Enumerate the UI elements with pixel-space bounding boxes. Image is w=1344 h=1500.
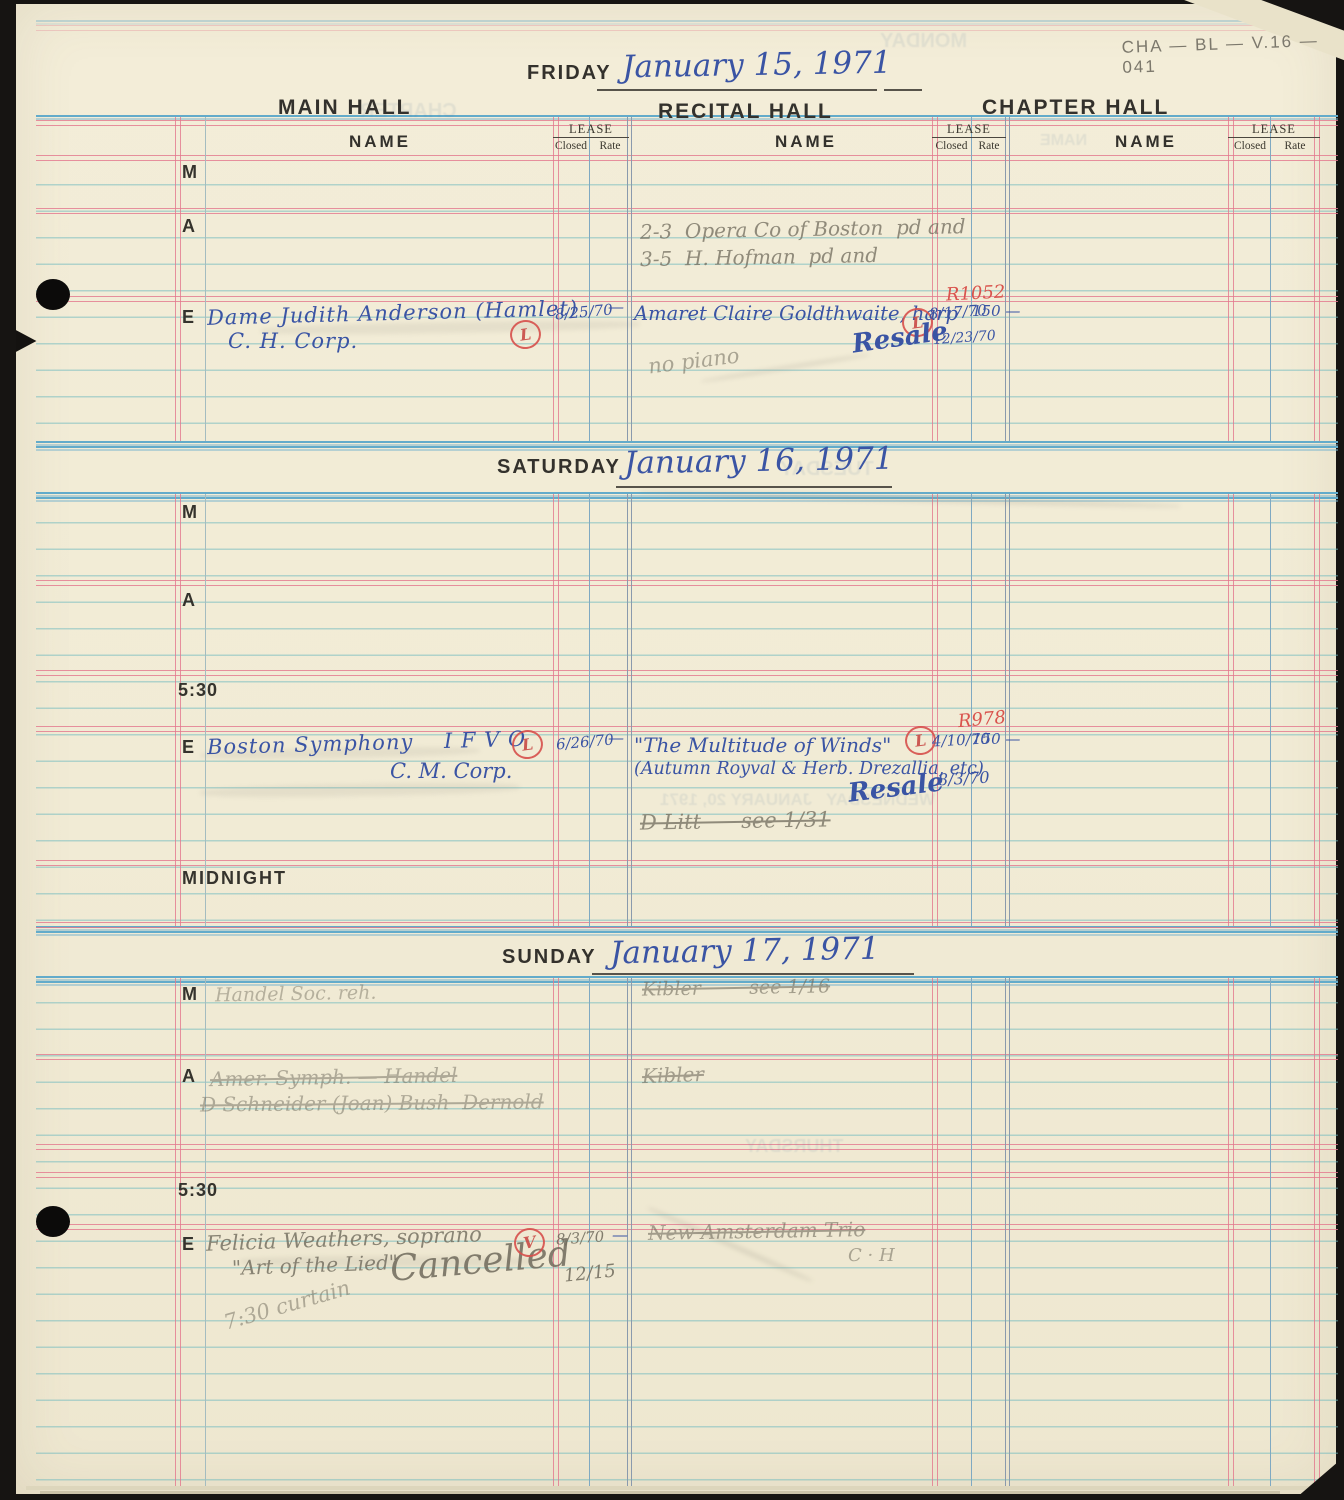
page-edge xyxy=(40,1491,1280,1494)
entry-sunday-recital-org: C · H xyxy=(848,1246,895,1266)
column-header-closed-recital: Closed xyxy=(932,140,971,152)
row-label-midnight: MIDNIGHT xyxy=(182,868,287,889)
lease-rate: — xyxy=(608,729,624,747)
date-underline xyxy=(616,486,892,488)
grid-line xyxy=(36,726,1338,732)
bleed-through-text: MONDAY xyxy=(880,30,967,53)
lease-rate: — xyxy=(612,1226,628,1244)
grid-line xyxy=(932,137,1006,138)
row-label-afternoon: A xyxy=(182,590,196,611)
entry-friday-recital-afternoon: 3-5 H. Hofman pd and xyxy=(640,244,878,271)
hall-title-recital: RECITAL HALL xyxy=(658,100,833,124)
grid-line xyxy=(553,137,629,138)
day-title-sunday: SUNDAY xyxy=(502,946,597,969)
handwritten-date-sunday: January 17, 1971 xyxy=(610,932,880,971)
grid-line xyxy=(1005,117,1010,441)
grid-line xyxy=(1314,117,1320,441)
entry-friday-main-evening-org: C. H. Corp. xyxy=(228,330,358,354)
reservation-number: R978 xyxy=(957,708,1006,732)
grid-line xyxy=(1005,494,1010,926)
punch-hole-top xyxy=(36,279,70,310)
grid-line xyxy=(175,978,181,1488)
grid-line xyxy=(36,25,1338,31)
grid-line xyxy=(1270,494,1271,926)
grid-line xyxy=(1270,117,1271,441)
row-label-evening: E xyxy=(182,1234,195,1255)
lease-rate: 150 — xyxy=(972,303,1020,320)
column-header-name-recital: NAME xyxy=(706,132,906,152)
page-edge xyxy=(26,1486,1316,1490)
grid-line xyxy=(36,20,1338,22)
entry-saturday-recital-evening-name: "The Multitude of Winds" xyxy=(634,734,891,756)
grid-line xyxy=(1270,978,1271,1488)
row-label-afternoon: A xyxy=(182,216,196,237)
column-header-lease-main: LEASE xyxy=(553,122,629,137)
grid-line xyxy=(627,117,632,441)
grid-line xyxy=(36,208,1338,214)
hall-title-chapter: CHAPTER HALL xyxy=(982,96,1169,120)
grid-line xyxy=(589,117,590,441)
row-label-530: 5:30 xyxy=(178,680,218,701)
column-header-lease-chapter: LEASE xyxy=(1228,122,1320,137)
column-header-rate-main: Rate xyxy=(591,140,629,152)
crossed-out-entry: Amer. Symph. — Handel xyxy=(210,1064,458,1091)
lease-closed-date-2: 8/3/70 xyxy=(938,769,990,790)
grid-line xyxy=(36,860,1338,866)
lease-rate: — xyxy=(608,298,624,316)
grid-line xyxy=(589,494,590,926)
grid-line xyxy=(36,441,1338,443)
grid-line xyxy=(932,117,938,441)
crossed-out-entry: Kibler see 1/16 xyxy=(642,976,830,1001)
handwritten-date-saturday: January 16, 1971 xyxy=(624,442,894,481)
entry-saturday-main-evening-org: C. M. Corp. xyxy=(390,760,512,784)
crossed-out-note: D Litt see 1/31 xyxy=(640,808,831,835)
crossed-out-entry: Kibler xyxy=(642,1063,705,1088)
grid-line xyxy=(175,117,181,441)
grid-line xyxy=(1228,494,1234,926)
grid-line xyxy=(205,494,206,926)
grid-line xyxy=(627,494,632,926)
column-header-name-main: NAME xyxy=(280,132,480,152)
date-underline xyxy=(592,973,914,975)
grid-line xyxy=(36,670,1338,676)
grid-line xyxy=(1228,117,1234,441)
column-header-rate-recital: Rate xyxy=(972,140,1006,152)
crossed-out-entry: D Schneider (Joan) Bush Dernold xyxy=(200,1091,544,1116)
archive-page-id: CHA — BL — V.16 — 041 xyxy=(1121,30,1344,78)
grid-line xyxy=(175,494,181,926)
row-label-morning: M xyxy=(182,984,198,1005)
column-header-name-chapter: NAME xyxy=(1046,132,1246,152)
lease-closed-date: 8/3/70 xyxy=(555,1228,604,1248)
grid-line xyxy=(36,155,1338,161)
day-title-saturday: SATURDAY xyxy=(497,456,621,479)
grid-line xyxy=(553,494,559,926)
grid-line xyxy=(1228,978,1234,1488)
grid-line xyxy=(971,978,972,1488)
day-title-friday: FRIDAY xyxy=(527,62,612,85)
row-label-morning: M xyxy=(182,502,198,523)
row-label-evening: E xyxy=(182,307,195,328)
grid-line xyxy=(205,117,206,441)
grid-line xyxy=(36,1172,1338,1178)
row-label-evening: E xyxy=(182,737,195,758)
grid-line xyxy=(1314,978,1320,1488)
row-label-530: 5:30 xyxy=(178,1180,218,1201)
handwritten-date-friday: January 15, 1971 xyxy=(622,46,892,85)
grid-line xyxy=(36,931,1338,933)
grid-line xyxy=(553,117,559,441)
grid-line xyxy=(971,117,972,441)
grid-line xyxy=(36,1144,1338,1150)
grid-line xyxy=(1005,978,1010,1488)
bleed-through-text: THURSDAY xyxy=(745,1136,843,1157)
punch-hole-bottom xyxy=(36,1206,70,1237)
hall-title-main: MAIN HALL xyxy=(278,96,411,120)
crossed-out-entry: New Amsterdam Trio xyxy=(648,1218,866,1244)
date-underline xyxy=(597,89,877,91)
lease-rate: 150 — xyxy=(972,731,1020,748)
column-header-closed-chapter: Closed xyxy=(1228,140,1272,152)
column-header-closed-main: Closed xyxy=(553,140,589,152)
ledger-page: MONDAY CHAPTER NAME TUESDAY WEDNESDAY JA… xyxy=(16,4,1336,1494)
scanned-ledger-photo: MONDAY CHAPTER NAME TUESDAY WEDNESDAY JA… xyxy=(0,0,1344,1500)
date-underline xyxy=(884,89,922,91)
row-label-morning: M xyxy=(182,162,198,183)
entry-sunday-main-morning: Handel Soc. reh. xyxy=(215,983,377,1007)
grid-line xyxy=(36,922,1338,928)
grid-line xyxy=(932,978,938,1488)
grid-line xyxy=(36,1054,1338,1060)
grid-line xyxy=(36,580,1338,586)
grid-line xyxy=(1314,494,1320,926)
row-label-afternoon: A xyxy=(182,1066,196,1087)
grid-line xyxy=(36,497,1338,499)
column-header-rate-chapter: Rate xyxy=(1273,140,1317,152)
grid-line xyxy=(932,494,938,926)
column-header-lease-recital: LEASE xyxy=(932,122,1006,137)
